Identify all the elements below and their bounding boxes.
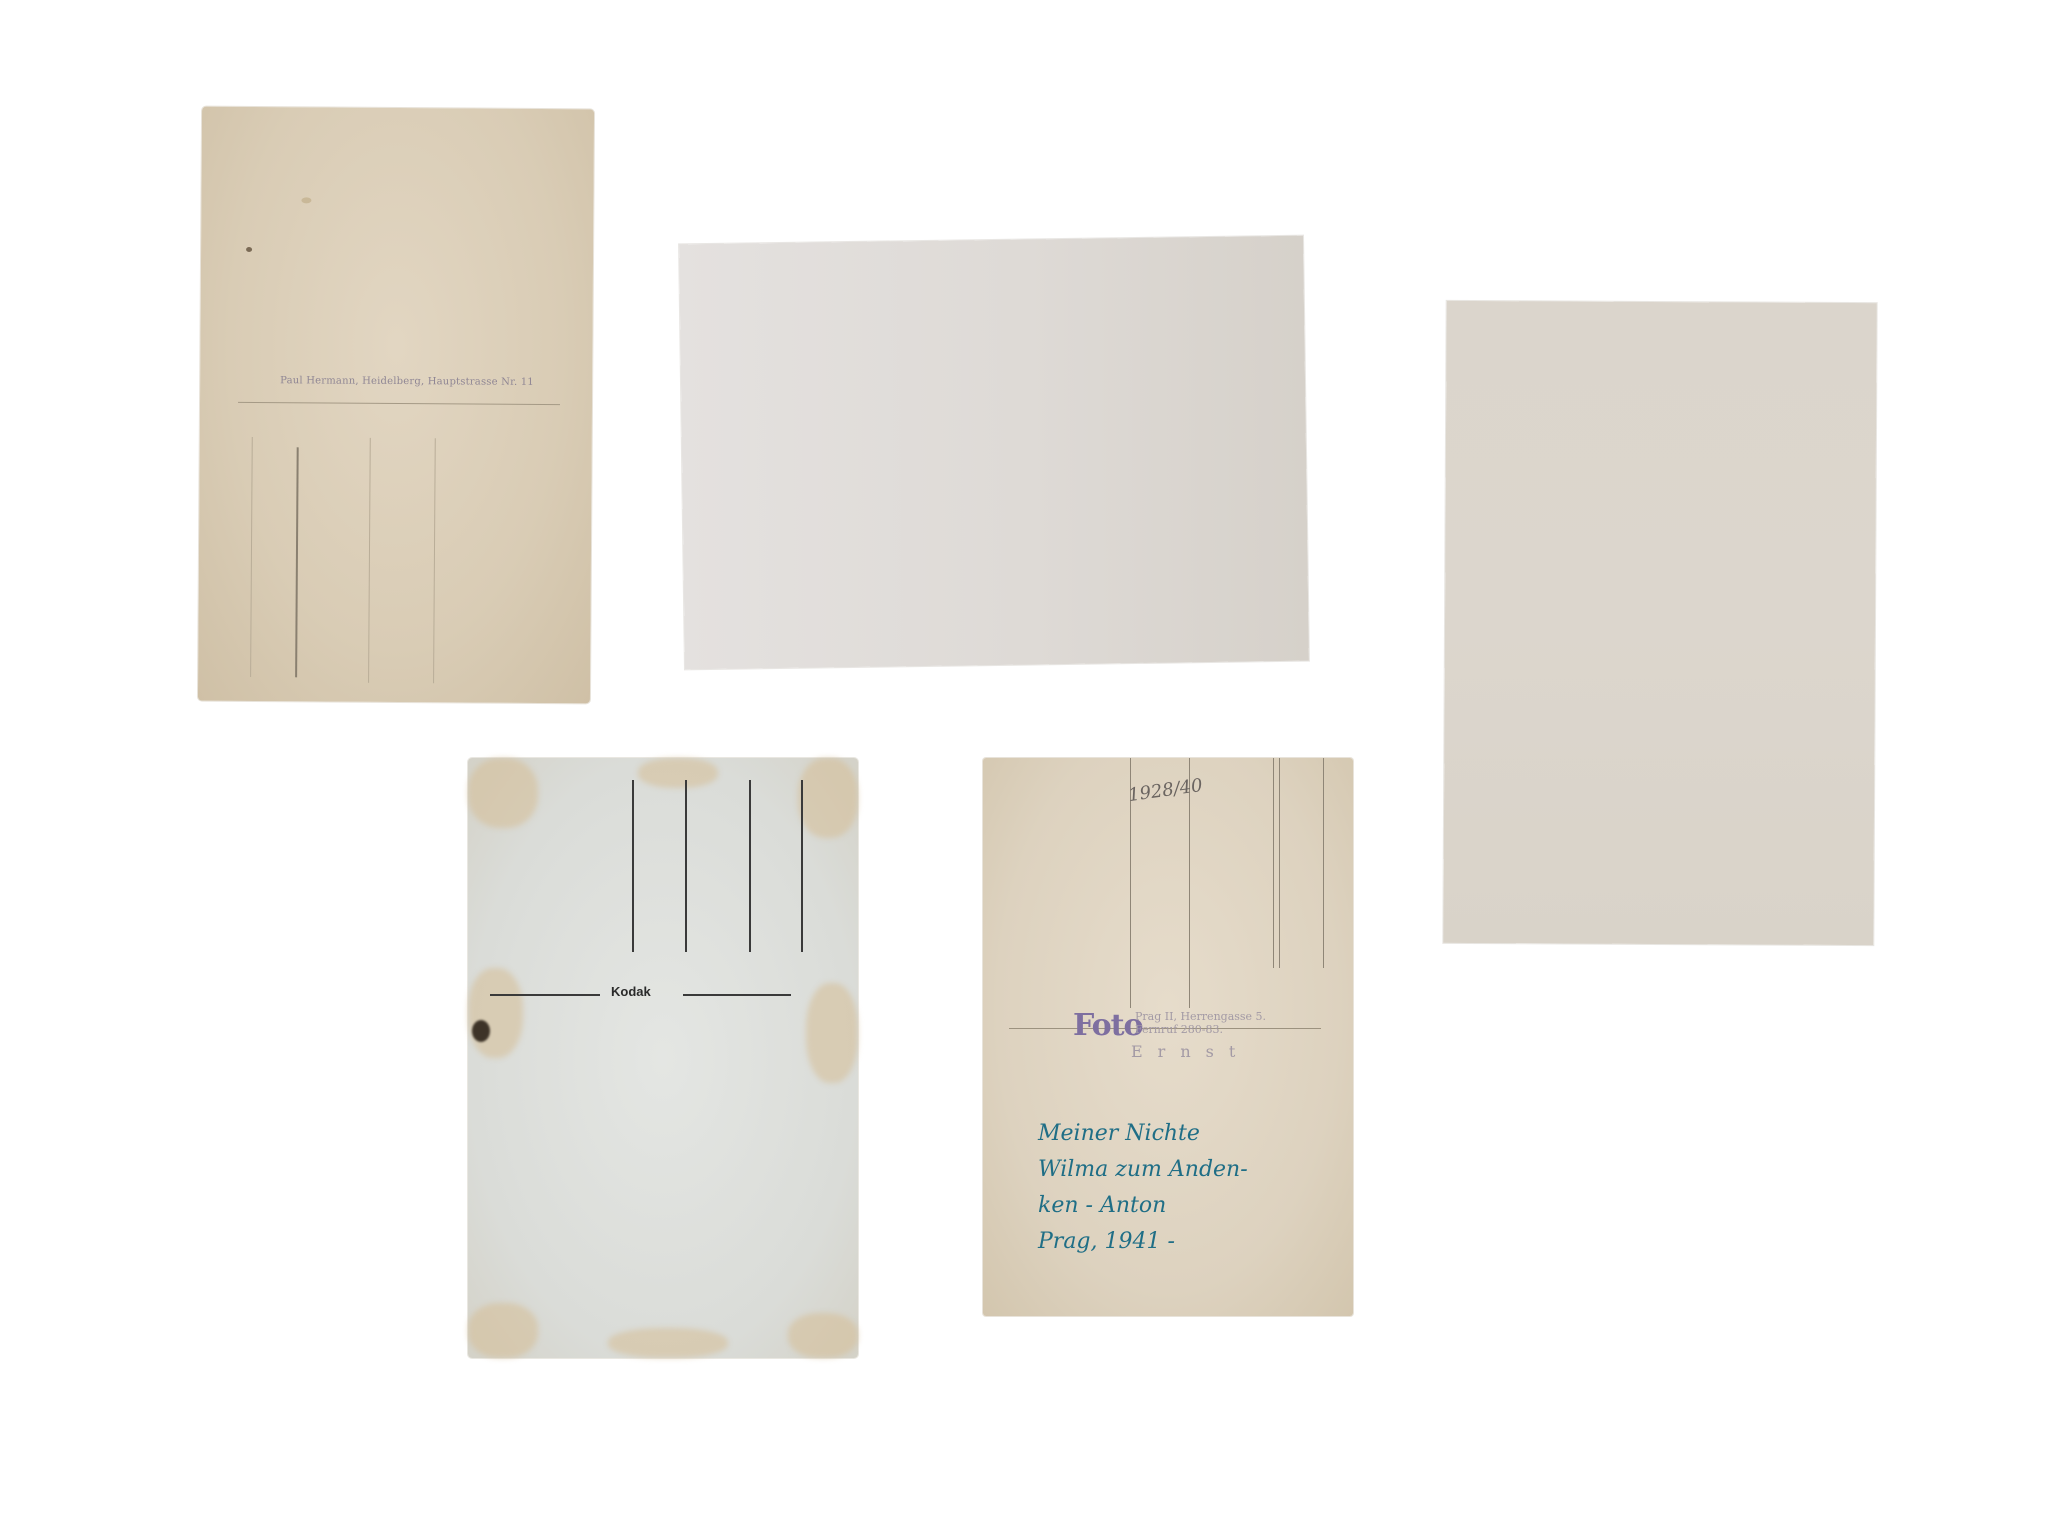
handwritten-inscription: Meiner Nichte Wilma zum Anden- ken - Ant… xyxy=(1038,1116,1338,1260)
studio-stamp-name: Ernst xyxy=(1131,1042,1250,1061)
publisher-imprint: Paul Hermann, Heidelberg, Hauptstrasse N… xyxy=(280,375,540,388)
photo-back-kodak: Kodak xyxy=(468,758,858,1358)
address-line xyxy=(1273,758,1274,968)
address-line xyxy=(1323,758,1324,968)
stain-spot xyxy=(246,247,252,252)
address-line xyxy=(295,447,299,677)
age-stain xyxy=(468,1303,538,1358)
pencil-note: 1928/40 xyxy=(1127,775,1204,806)
age-stain xyxy=(638,758,718,788)
divider-line xyxy=(490,994,600,996)
age-stain xyxy=(798,758,858,838)
age-stain xyxy=(468,968,523,1058)
photo-back-offwhite-portrait xyxy=(1443,301,1876,945)
postcard-back-aged-tan: Paul Hermann, Heidelberg, Hauptstrasse N… xyxy=(198,107,594,704)
age-stain xyxy=(806,983,858,1083)
address-line xyxy=(1279,758,1280,968)
age-stain xyxy=(468,758,538,828)
age-stain xyxy=(608,1328,728,1358)
address-line xyxy=(632,780,634,952)
address-line xyxy=(749,780,751,952)
address-line xyxy=(433,438,436,683)
burn-mark xyxy=(472,1020,490,1042)
address-line xyxy=(801,780,803,952)
stain-spot xyxy=(301,197,311,203)
photo-back-inscribed: 1928/40 Foto Prag II, Herrengasse 5. Fer… xyxy=(983,758,1353,1316)
address-line xyxy=(368,438,371,683)
studio-stamp-address: Prag II, Herrengasse 5. Fernruf 280-83. xyxy=(1135,1010,1266,1036)
divider-line xyxy=(683,994,791,996)
kodak-brand-label: Kodak xyxy=(611,984,651,999)
divider-line xyxy=(238,402,560,405)
studio-stamp-foto: Foto xyxy=(1073,1008,1143,1043)
address-line xyxy=(250,437,253,677)
age-stain xyxy=(788,1313,858,1358)
address-line xyxy=(685,780,687,952)
photo-back-white-landscape xyxy=(679,236,1309,670)
